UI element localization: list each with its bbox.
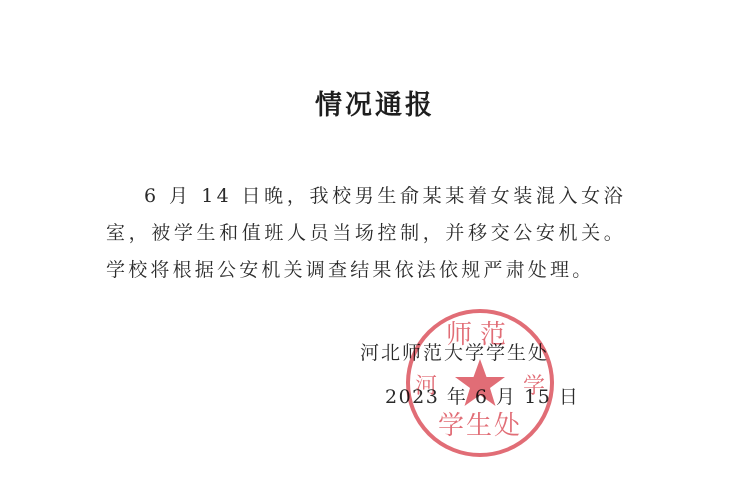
seal-right-text: 学 bbox=[523, 374, 545, 399]
body-paragraph: 6 月 14 日晚，我校男生俞某某着女装混入女浴室，被学生和值班人员当场控制，并… bbox=[106, 178, 626, 289]
document-body: 6 月 14 日晚，我校男生俞某某着女装混入女浴室，被学生和值班人员当场控制，并… bbox=[106, 178, 626, 289]
seal-top-text: 师范 bbox=[446, 320, 514, 350]
official-seal: 师范 河 学 学生处 bbox=[404, 307, 556, 459]
star-icon bbox=[455, 359, 505, 406]
seal-bottom-text: 学生处 bbox=[438, 411, 522, 441]
seal-left-text: 河 bbox=[415, 374, 437, 399]
document-title: 情况通报 bbox=[0, 83, 750, 122]
